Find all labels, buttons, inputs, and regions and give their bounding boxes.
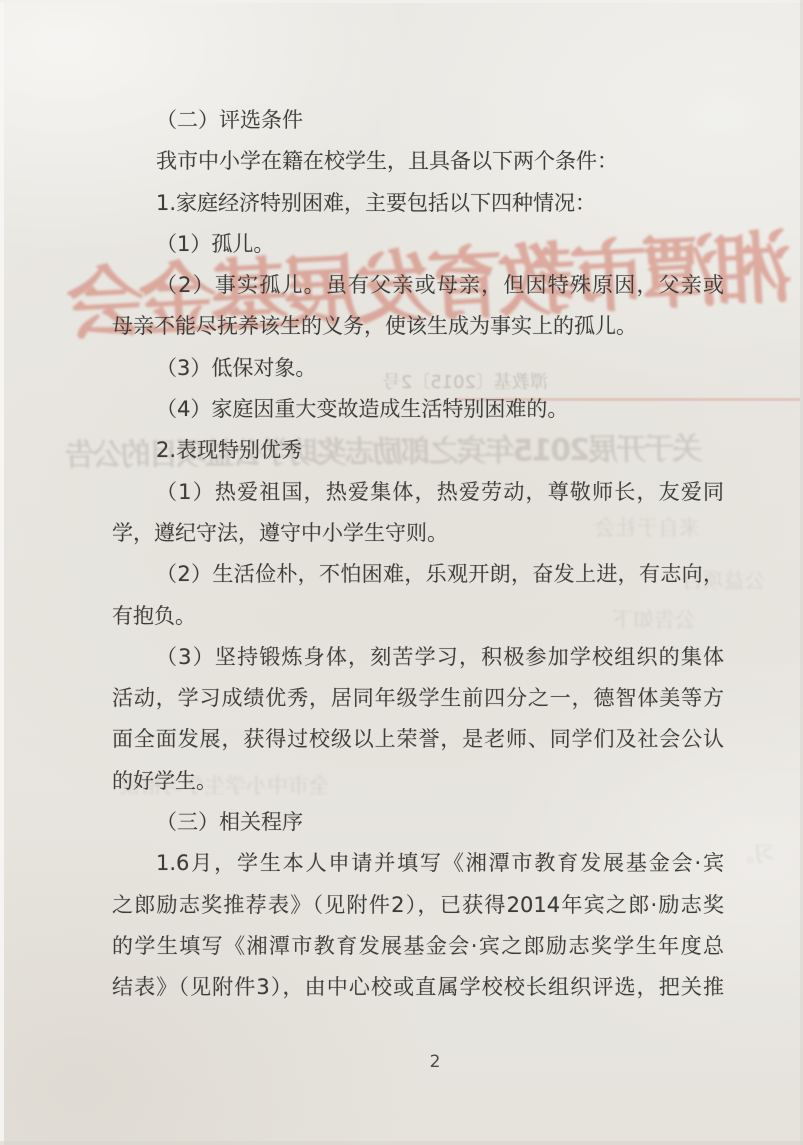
- scan-edge-bottom: [0, 1141, 803, 1145]
- text-line: 活动，学习成绩优秀，居同年级学生前四分之一，德智体美等方: [112, 678, 724, 719]
- text-line: 2.表现特别优秀: [112, 430, 724, 471]
- text-line: （2）生活俭朴，不怕困难，乐观开朗，奋发上进，有志向，: [112, 554, 724, 595]
- text-line: （1）热爱祖国，热爱集体，热爱劳动，尊敬师长，友爱同: [112, 472, 724, 513]
- text-line: 1.家庭经济特别困难，主要包括以下四种情况：: [112, 183, 724, 224]
- text-line: 的好学生。: [112, 761, 724, 802]
- text-line: 学，遵纪守法，遵守中小学生守则。: [112, 513, 724, 554]
- scan-edge-top: [0, 0, 803, 3]
- text-line: 的学生填写《湘潭市教育发展基金会·宾之郎励志奖学生年度总: [112, 926, 724, 967]
- document-body: （二）评选条件我市中小学在籍在校学生，且具备以下两个条件：1.家庭经济特别困难，…: [112, 100, 724, 1009]
- text-line: 母亲不能尽抚养该生的义务，使该生成为事实上的孤儿。: [112, 306, 724, 347]
- text-line: 1.6月，学生本人申请并填写《湘潭市教育发展基金会·宾: [112, 843, 724, 884]
- scanned-document-page: 湘潭市教育发展基金会 潭教基〔2015〕2号 关于开展2015年宾之郎励志奖助学…: [0, 0, 803, 1145]
- text-line: （1）孤儿。: [112, 224, 724, 265]
- text-line: 面全面发展，获得过校级以上荣誉，是老师、同学们及社会公认: [112, 719, 724, 760]
- text-line: 有抱负。: [112, 596, 724, 637]
- text-line: 之郎励志奖推荐表》（见附件2），已获得2014年宾之郎·励志奖: [112, 885, 724, 926]
- text-line: （3）坚持锻炼身体，刻苦学习，积极参加学校组织的集体: [112, 637, 724, 678]
- bleedthrough-fragment: 习。: [733, 838, 775, 868]
- text-line: 我市中小学在籍在校学生，且具备以下两个条件：: [112, 141, 724, 182]
- text-line: （4）家庭因重大变故造成生活特别困难的。: [112, 389, 724, 430]
- text-line: （三）相关程序: [112, 802, 724, 843]
- text-line: （二）评选条件: [112, 100, 724, 141]
- text-line: （2）事实孤儿。虽有父亲或母亲，但因特殊原因，父亲或: [112, 265, 724, 306]
- scan-edge-left: [0, 0, 4, 1145]
- text-line: 结表》（见附件3），由中心校或直属学校校长组织评选，把关推: [112, 967, 724, 1008]
- page-number: 2: [400, 1052, 470, 1072]
- text-line: （3）低保对象。: [112, 348, 724, 389]
